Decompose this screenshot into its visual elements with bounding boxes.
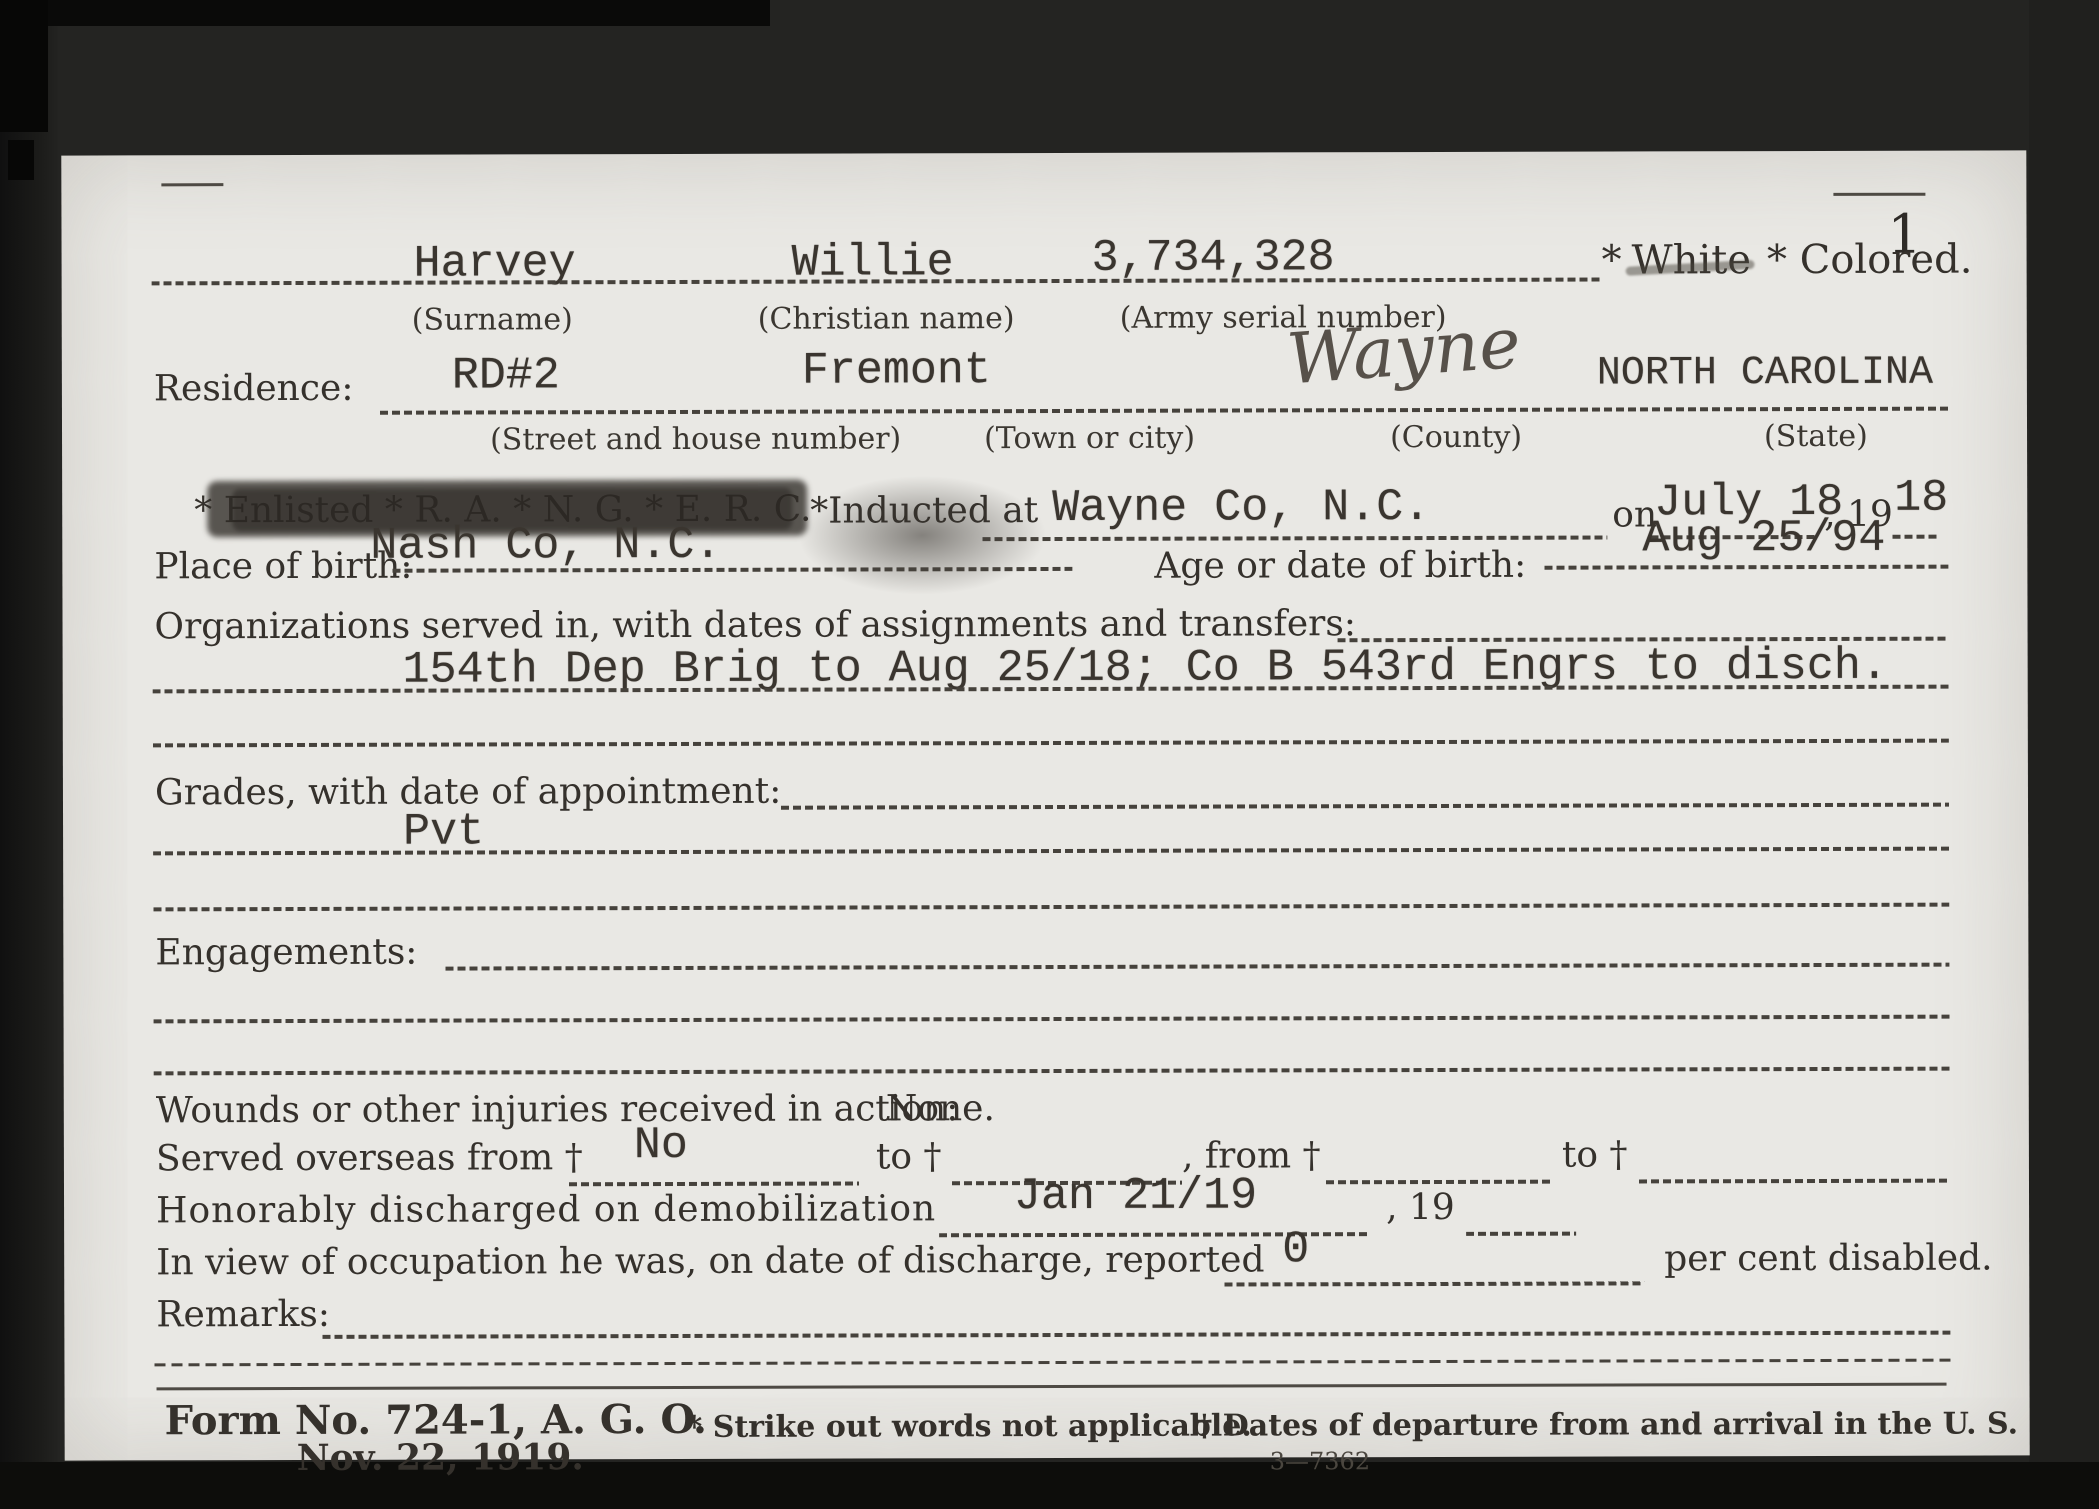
christian-name-label: (Christian name) — [758, 301, 1015, 337]
race-selection: *White* Colored. — [1602, 237, 1973, 284]
scan-edge-mark — [0, 0, 48, 132]
wounds-label: Wounds or other injuries received in act… — [156, 1089, 959, 1131]
disability-percent-value: 0 — [1282, 1224, 1309, 1275]
overseas-from1-label: Served overseas from † — [156, 1138, 583, 1179]
race-white-struck: White — [1632, 237, 1752, 283]
residence-line-rule — [380, 407, 1950, 415]
service-record-card: 1 Harvey Willie 3,734,328 *White* Colore… — [61, 150, 2029, 1460]
discharge-label: Honorably discharged on demobilization — [156, 1189, 936, 1231]
street-value: RD#2 — [452, 350, 560, 401]
induction-year-rule — [1892, 535, 1938, 539]
state-label: (State) — [1764, 419, 1868, 454]
grades-rule-c — [153, 903, 1949, 912]
wounds-value: None. — [886, 1089, 995, 1129]
overseas-rule-d — [1639, 1179, 1949, 1184]
overseas-rule-a — [569, 1181, 859, 1186]
age-rule — [1544, 565, 1948, 570]
overseas-rule-c — [1326, 1180, 1551, 1185]
age-value: Aug 25/94 — [1642, 513, 1885, 565]
scan-edge-mark — [8, 140, 34, 180]
overseas-from1-value: No — [634, 1120, 688, 1171]
grades-rule-a — [781, 803, 1949, 810]
inducted-place-value: Wayne Co, N.C. — [1052, 482, 1430, 534]
race-colored: * Colored. — [1767, 237, 1973, 284]
remarks-label: Remarks: — [156, 1295, 330, 1335]
page-number-rule — [1833, 193, 1925, 196]
town-value: Fremont — [802, 345, 991, 396]
street-label: (Street and house number) — [490, 421, 901, 457]
engagements-label: Engagements: — [155, 933, 417, 973]
discharge-rule-b — [1466, 1232, 1576, 1236]
county-label: (County) — [1390, 420, 1522, 455]
engagements-rule-b — [154, 1015, 1950, 1024]
inducted-at-label: *Inducted at — [810, 491, 1038, 531]
remarks-rule — [322, 1331, 1950, 1339]
engagements-rule-a — [445, 963, 1949, 971]
scan-right-shadow — [2029, 0, 2099, 1509]
serial-number-value: 3,734,328 — [1092, 232, 1335, 284]
age-label: Age or date of birth: — [1154, 546, 1526, 587]
form-date: Nov. 22, 1919. — [297, 1438, 584, 1478]
print-code: 3—7362 — [1270, 1448, 1370, 1475]
organizations-label: Organizations served in, with dates of a… — [154, 604, 1356, 647]
state-value: NORTH CAROLINA — [1597, 351, 1933, 397]
strike-out-note: * Strike out words not applicable. — [687, 1408, 1252, 1444]
top-left-rule — [161, 183, 223, 186]
footer-dashed-rule — [154, 1359, 1950, 1367]
discharge-date-value: Jan 21/19 — [1014, 1170, 1257, 1222]
scanned-service-card-page: 1 Harvey Willie 3,734,328 *White* Colore… — [0, 0, 2099, 1509]
town-label: (Town or city) — [984, 421, 1195, 457]
disability-suffix: per cent disabled. — [1664, 1239, 1993, 1279]
induction-year-value: 18 — [1894, 473, 1948, 524]
overseas-to1-label: to † — [876, 1137, 942, 1177]
scan-left-binding — [0, 0, 58, 1509]
residence-label: Residence: — [154, 369, 354, 409]
organizations-rule-c — [153, 739, 1949, 748]
footer-solid-rule — [157, 1383, 1947, 1391]
place-of-birth-value: Nash Co, N.C. — [370, 520, 721, 572]
engagements-rule-c — [154, 1067, 1950, 1076]
disability-label: In view of occupation he was, on date of… — [156, 1240, 1264, 1282]
surname-label: (Surname) — [412, 302, 573, 337]
dagger-note: † Dates of departure from and arrival in… — [1197, 1406, 2019, 1443]
race-asterisk: * — [1602, 237, 1622, 283]
county-value-handwritten: Wayne — [1284, 302, 1523, 401]
discharge-year-prefix: , 19 — [1386, 1188, 1455, 1228]
overseas-to2-label: to † — [1562, 1135, 1628, 1175]
disability-rule — [1224, 1281, 1644, 1286]
scan-top-shadow — [0, 0, 770, 26]
inducted-place-rule — [982, 536, 1607, 542]
